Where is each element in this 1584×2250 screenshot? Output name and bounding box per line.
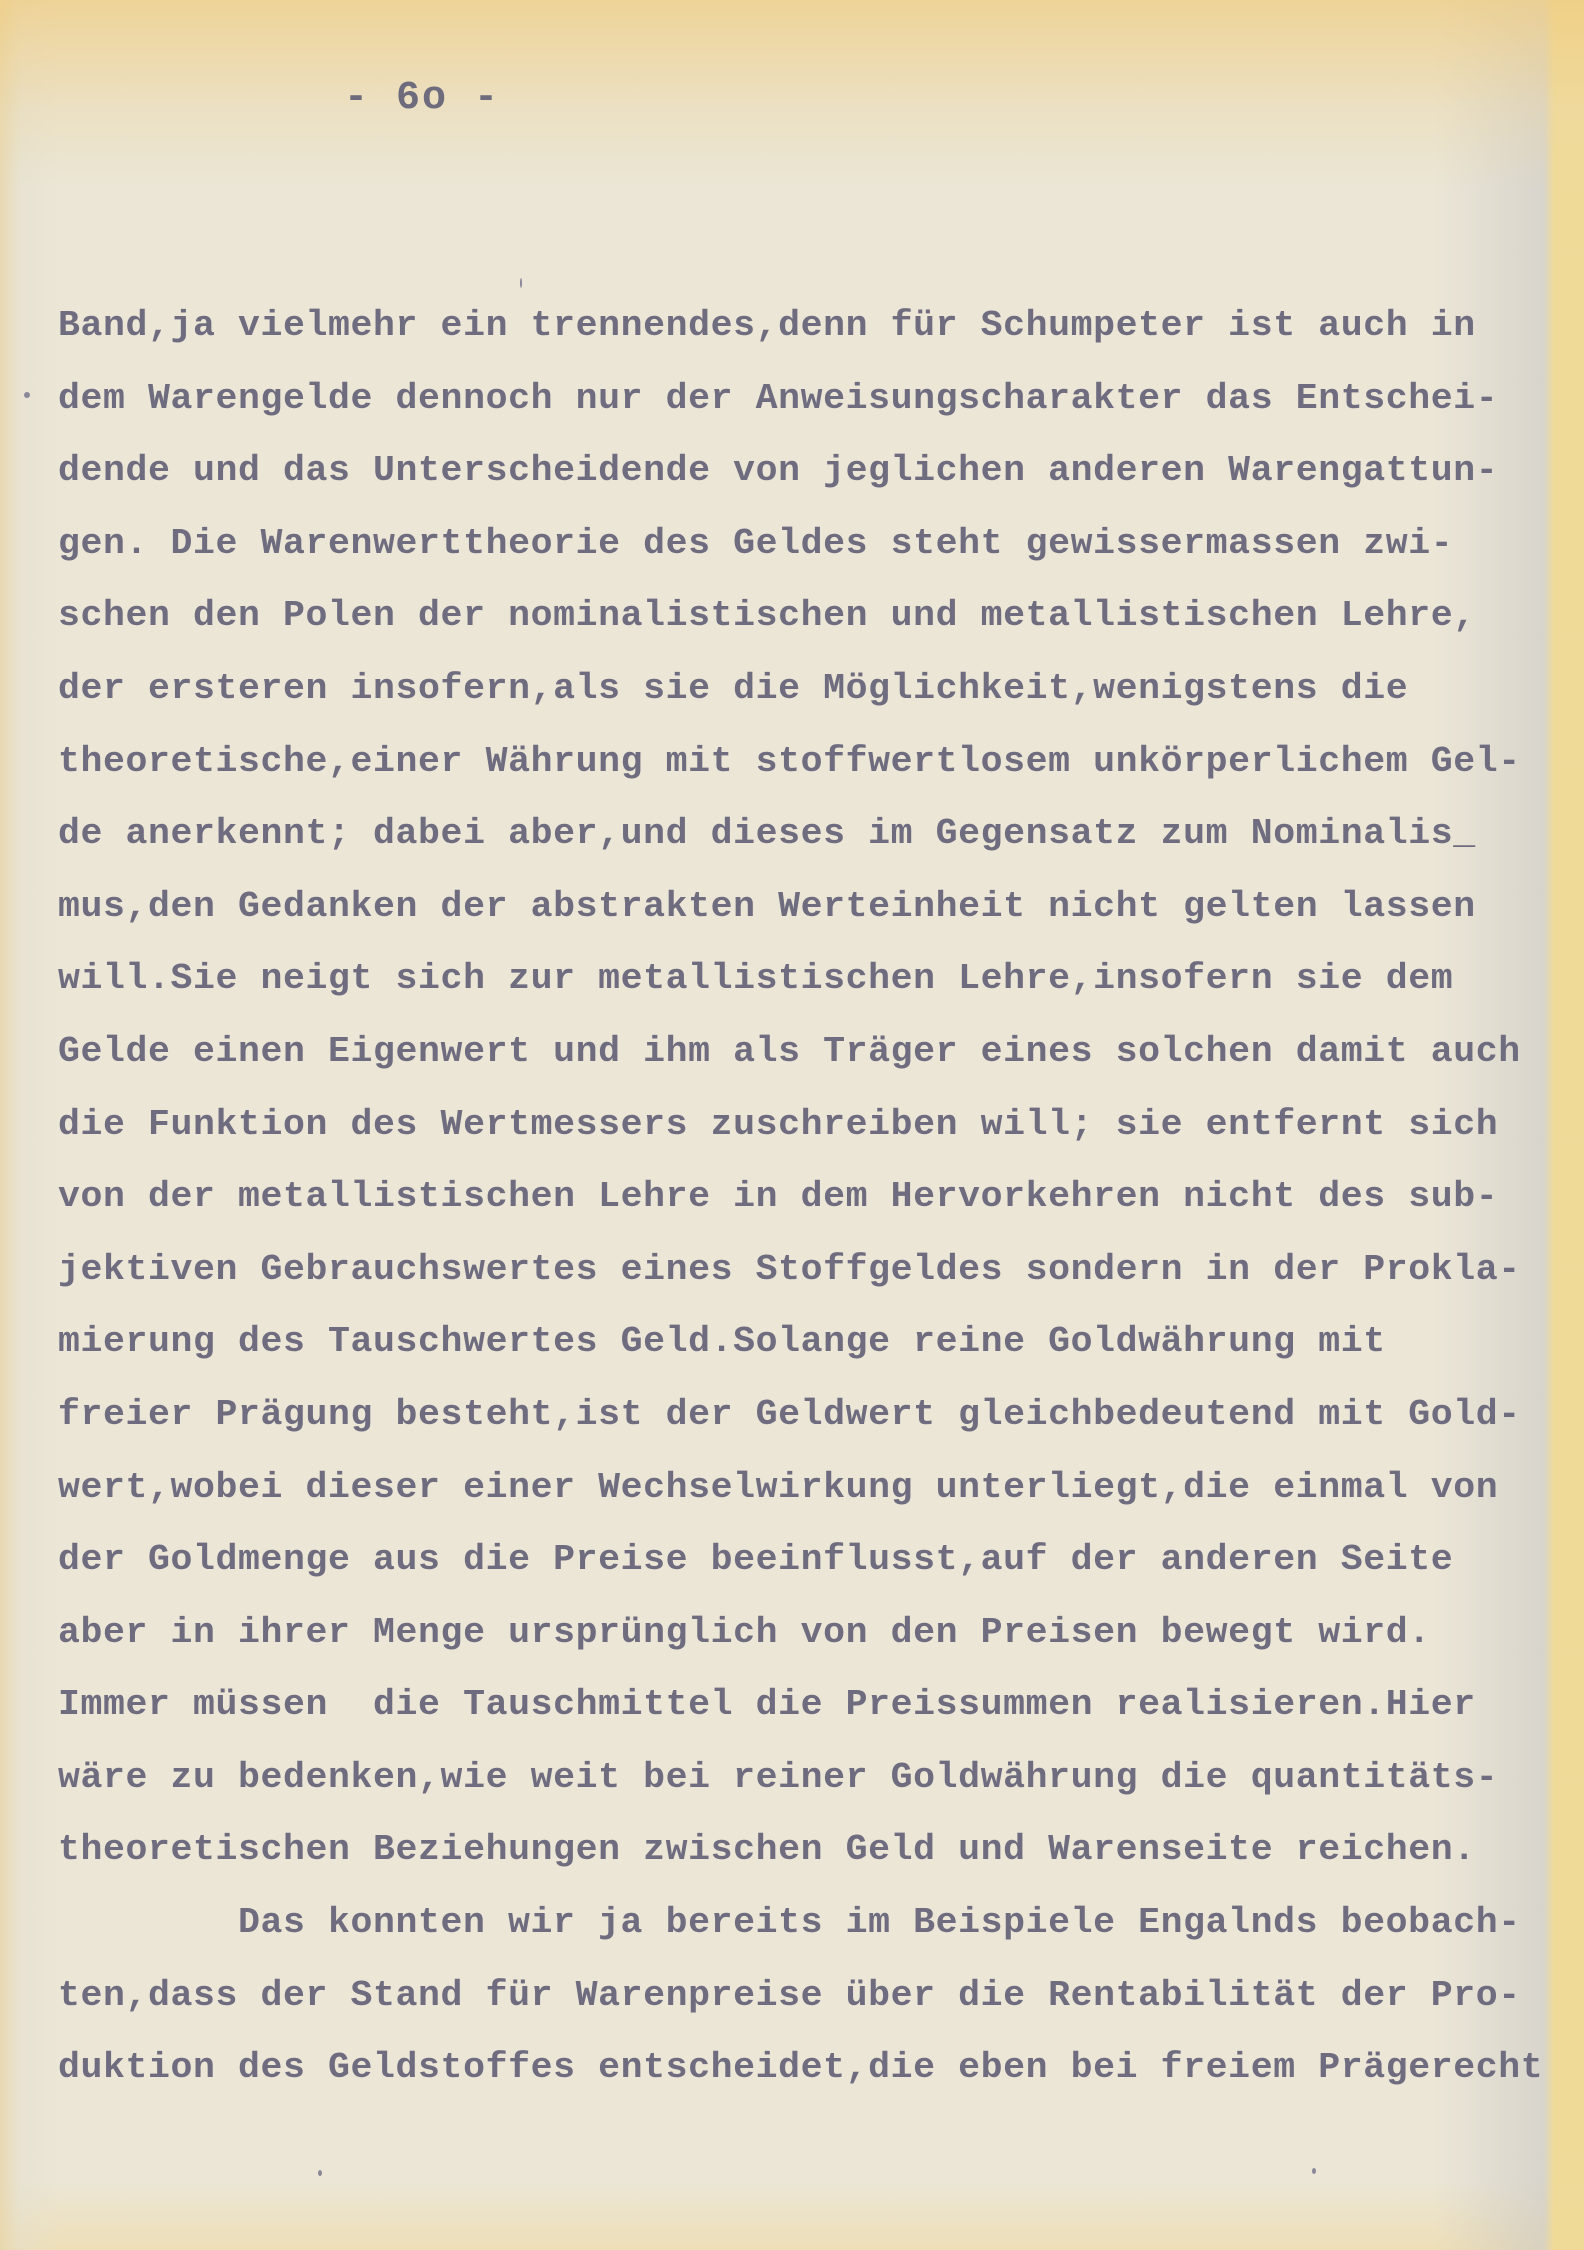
text-line: dem Warengelde dennoch nur der Anweisung… [58, 363, 1538, 436]
text-line: mierung des Tauschwertes Geld.Solange re… [58, 1306, 1538, 1379]
text-line: der Goldmenge aus die Preise beeinflusst… [58, 1524, 1538, 1597]
ink-speck [1312, 2168, 1316, 2174]
text-line: duktion des Geldstoffes entscheidet,die … [58, 2032, 1538, 2105]
text-line: die Funktion des Wertmessers zuschreiben… [58, 1089, 1538, 1162]
text-line: dende und das Unterscheidende von jeglic… [58, 435, 1538, 508]
text-line: will.Sie neigt sich zur metallistischen … [58, 943, 1538, 1016]
paragraph-start-line: Das konnten wir ja bereits im Beispiele … [58, 1887, 1538, 1960]
text-line: Gelde einen Eigenwert und ihm als Träger… [58, 1016, 1538, 1089]
typewritten-body: Band,ja vielmehr ein trennendes,denn für… [58, 290, 1538, 2105]
text-line: theoretische,einer Währung mit stoffwert… [58, 726, 1538, 799]
text-line: mus,den Gedanken der abstrakten Werteinh… [58, 871, 1538, 944]
ink-speck [520, 278, 522, 288]
ink-speck [318, 2170, 322, 2176]
text-line: jektiven Gebrauchswertes eines Stoffgeld… [58, 1234, 1538, 1307]
text-line: schen den Polen der nominalistischen und… [58, 580, 1538, 653]
text-line: der ersteren insofern,als sie die Möglic… [58, 653, 1538, 726]
margin-dot-mark [24, 392, 30, 398]
text-line: wert,wobei dieser einer Wechselwirkung u… [58, 1452, 1538, 1525]
text-line: theoretischen Beziehungen zwischen Geld … [58, 1814, 1538, 1887]
text-line: gen. Die Warenwerttheorie des Geldes ste… [58, 508, 1538, 581]
text-line: aber in ihrer Menge ursprünglich von den… [58, 1597, 1538, 1670]
text-line: von der metallistischen Lehre in dem Her… [58, 1161, 1538, 1234]
text-line: ten,dass der Stand für Warenpreise über … [58, 1960, 1538, 2033]
text-line: wäre zu bedenken,wie weit bei reiner Gol… [58, 1742, 1538, 1815]
page-number: - 6o - [322, 76, 522, 121]
text-line: Band,ja vielmehr ein trennendes,denn für… [58, 290, 1538, 363]
text-line: de anerkennt; dabei aber,und dieses im G… [58, 798, 1538, 871]
text-line: freier Prägung besteht,ist der Geldwert … [58, 1379, 1538, 1452]
text-line: Immer müssen die Tauschmittel die Preiss… [58, 1669, 1538, 1742]
